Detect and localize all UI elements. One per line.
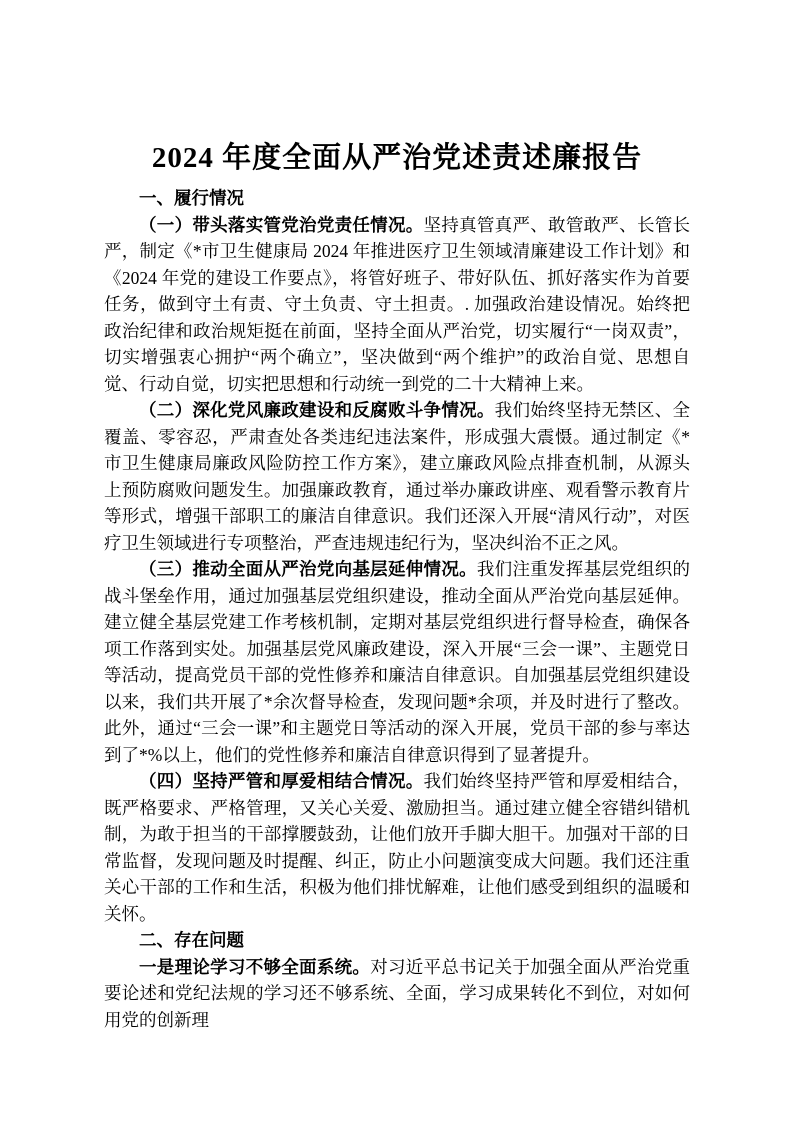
paragraph-lead: （一）带头落实管党治党责任情况。 [139,215,424,235]
section-heading-problems: 二、存在问题 [104,927,690,954]
paragraph-lead: （二）深化党风廉政建设和反腐败斗争情况。 [139,400,495,420]
paragraph-lead: （三）推动全面从严治党向基层延伸情况。 [139,559,477,579]
paragraph-lead: （四）坚持严管和厚爱相结合情况。 [139,771,424,791]
section-heading-performance: 一、履行情况 [104,185,690,212]
document-title: 2024 年度全面从严治党述责述廉报告 [104,140,690,176]
paragraph-anticorruption: （二）深化党风廉政建设和反腐败斗争情况。我们始终坚持无禁区、全覆盖、零容忍，严肃… [104,397,690,556]
paragraph-grassroots: （三）推动全面从严治党向基层延伸情况。我们注重发挥基层党组织的战斗堡垒作用，通过… [104,556,690,768]
paragraph-responsibility: （一）带头落实管党治党责任情况。坚持真管真严、敢管敢严、长管长严，制定《*市卫生… [104,212,690,398]
document-page: 2024 年度全面从严治党述责述廉报告 一、履行情况 （一）带头落实管党治党责任… [0,0,793,1121]
paragraph-strict-care: （四）坚持严管和厚爱相结合情况。我们始终坚持严管和厚爱相结合，既严格要求、严格管… [104,768,690,927]
paragraph-text: 我们始终坚持无禁区、全覆盖、零容忍，严肃查处各类违纪违法案件，形成强大震慑。通过… [104,400,690,553]
paragraph-theory-study: 一是理论学习不够全面系统。对习近平总书记关于加强全面从严治党重要论述和党纪法规的… [104,954,690,1034]
paragraph-text: 我们注重发挥基层党组织的战斗堡垒作用，通过加强基层党组织建设，推动全面从严治党向… [104,559,690,765]
paragraph-lead: 一是理论学习不够全面系统。 [139,957,370,977]
paragraph-text: 坚持真管真严、敢管敢严、长管长严，制定《*市卫生健康局 2024 年推进医疗卫生… [104,215,690,394]
paragraph-text: 我们始终坚持严管和厚爱相结合，既严格要求、严格管理，又关心关爱、激励担当。通过建… [104,771,690,924]
